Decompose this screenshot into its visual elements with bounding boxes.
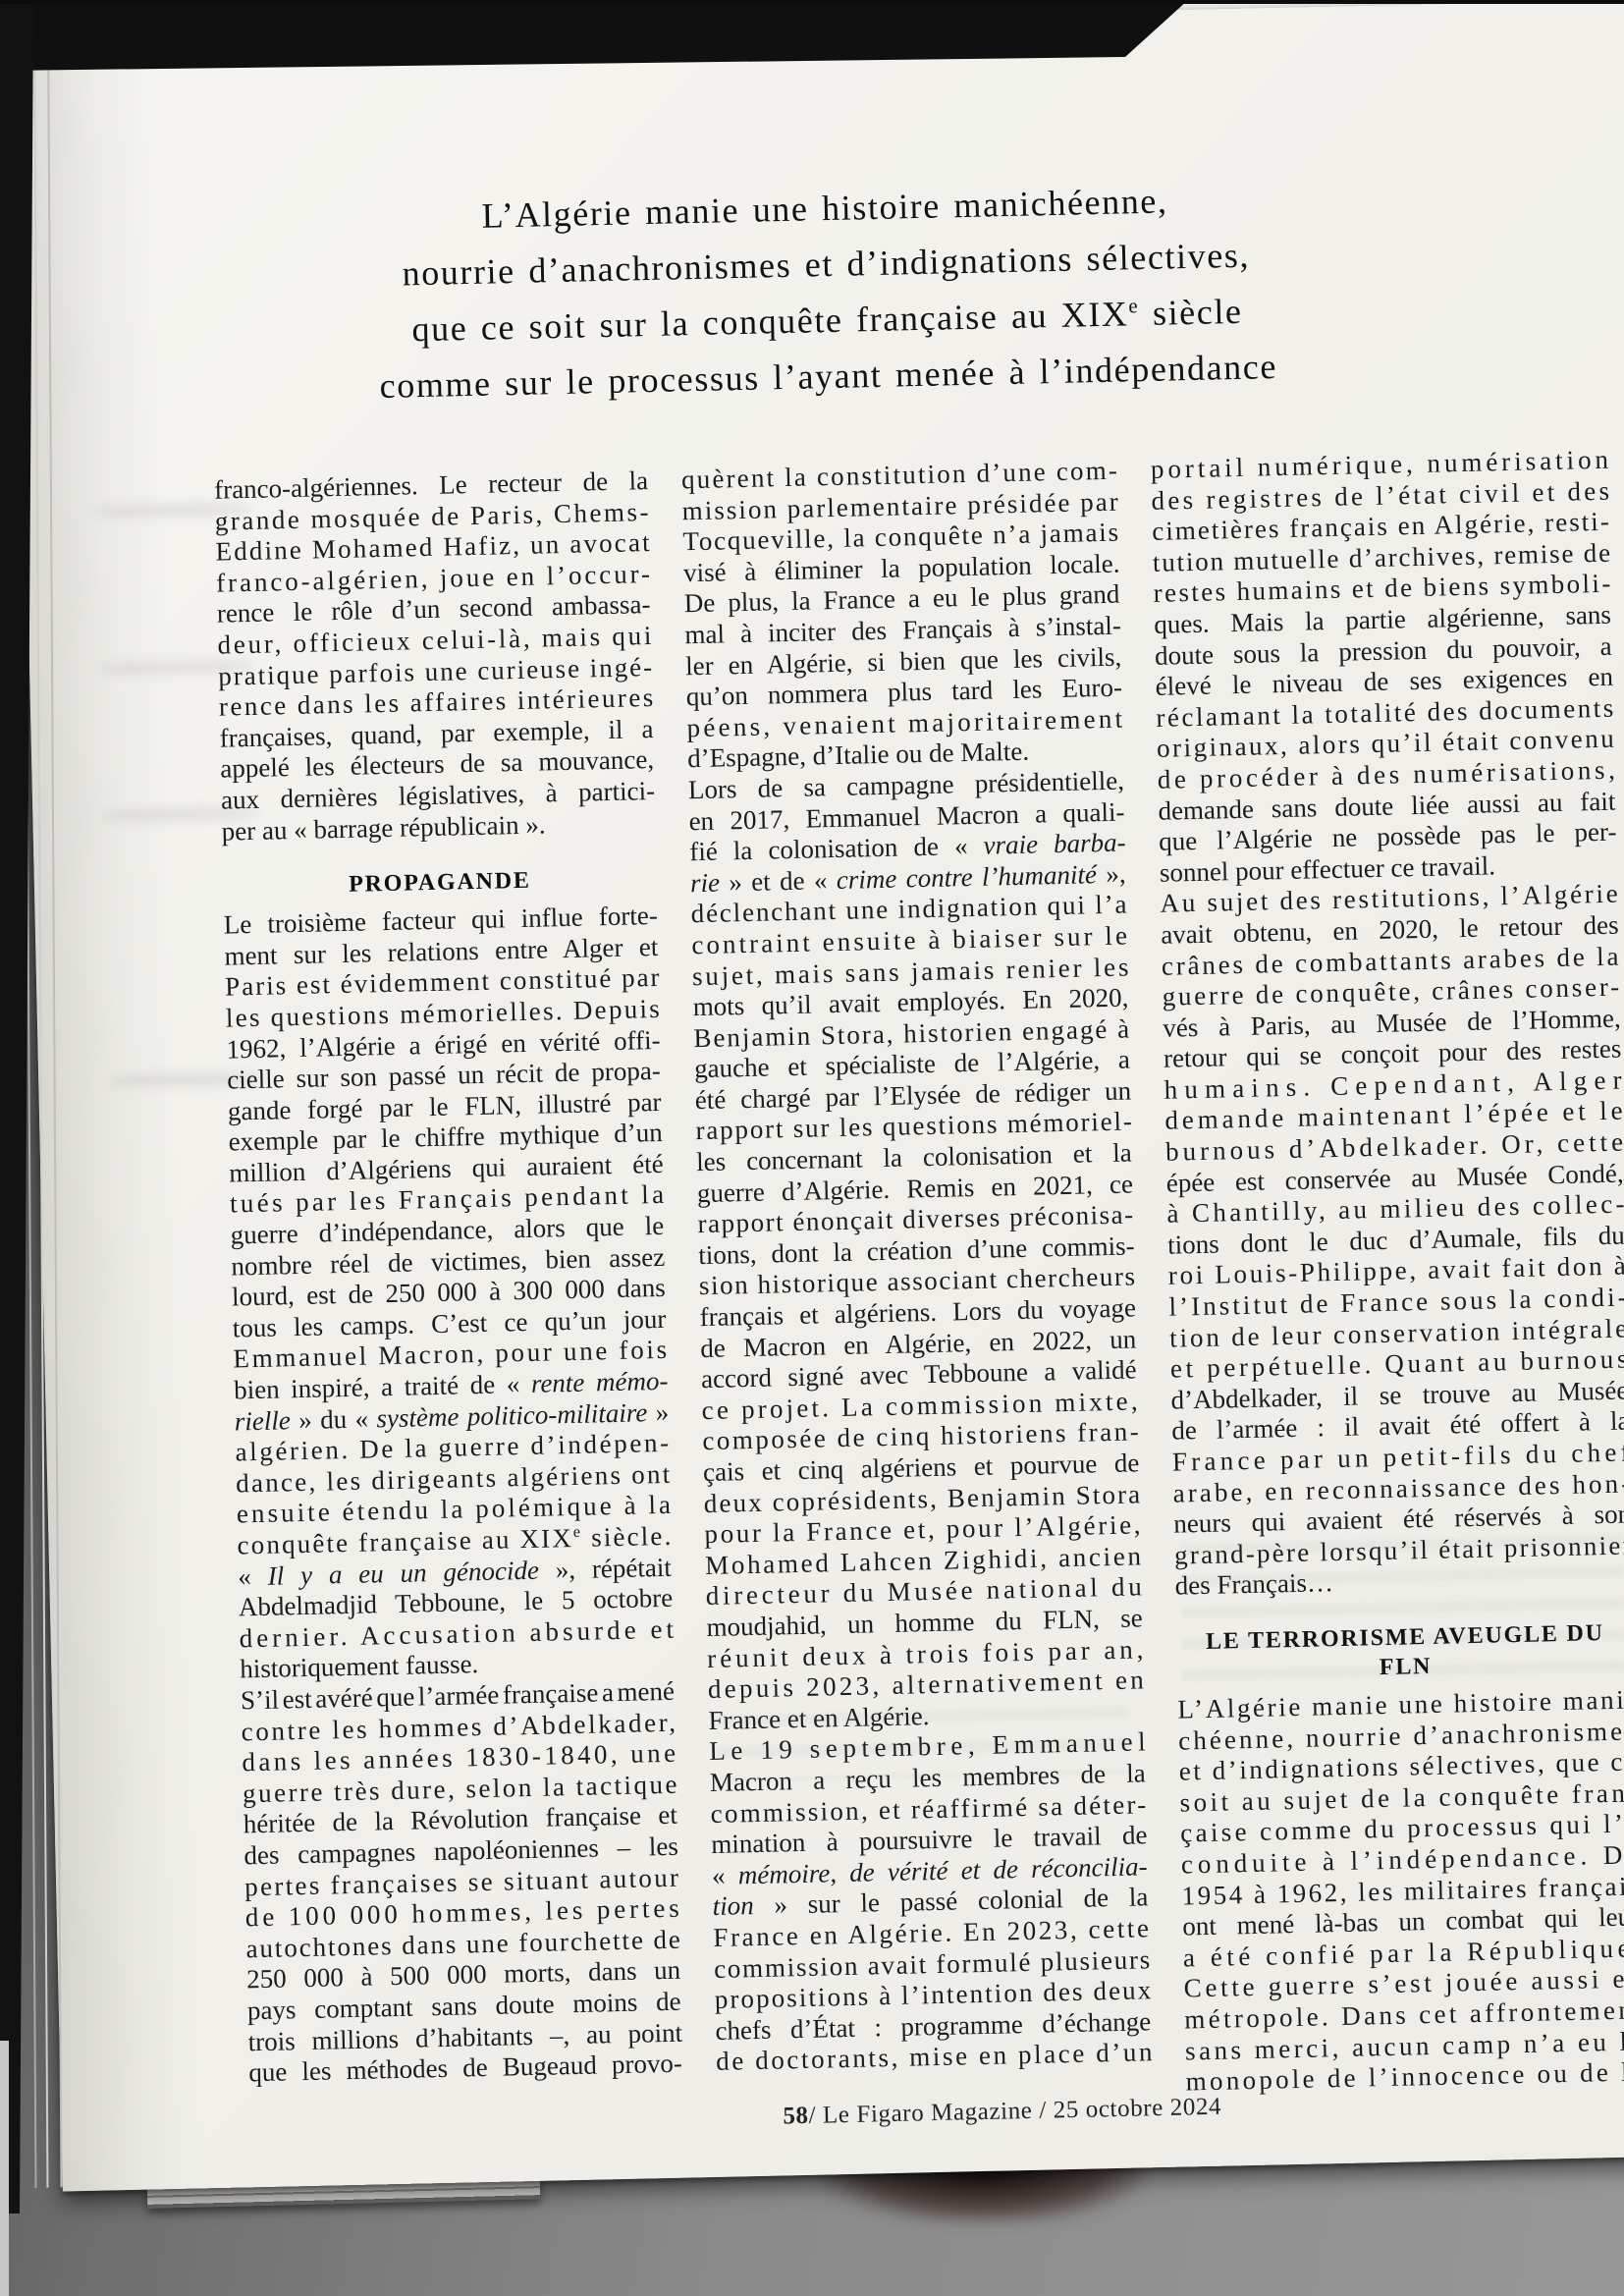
scan-edge-sliver-left (0, 2041, 9, 2296)
footer-text: / Le Figaro Magazine / 25 octobre 2024 (808, 2094, 1221, 2129)
magazine-page: L’Algérie manie une histoire manichéenne… (16, 0, 1624, 2191)
column-1: franco-algériennes. Le recteur de lagran… (214, 465, 683, 2089)
page-footer: 58/ Le Figaro Magazine / 25 octobre 2024 (783, 2093, 1235, 2130)
column-2: quèrent la constitution d’une com-missio… (681, 456, 1153, 2078)
bleed-through-ghost (716, 1707, 1129, 1782)
magazine-scan: L’Algérie manie une histoire manichéenne… (0, 0, 1624, 2296)
column-3: portail numérique, numérisationdes regis… (1151, 445, 1624, 2098)
section-header: PROPAGANDE (223, 863, 658, 902)
footer-page-number: 58 (783, 2103, 809, 2130)
scan-edge-line-top (0, 0, 1624, 4)
article-headline: L’Algérie manie une histoire manichéenne… (314, 170, 1340, 416)
bleed-through-ghost (1180, 1535, 1624, 1692)
